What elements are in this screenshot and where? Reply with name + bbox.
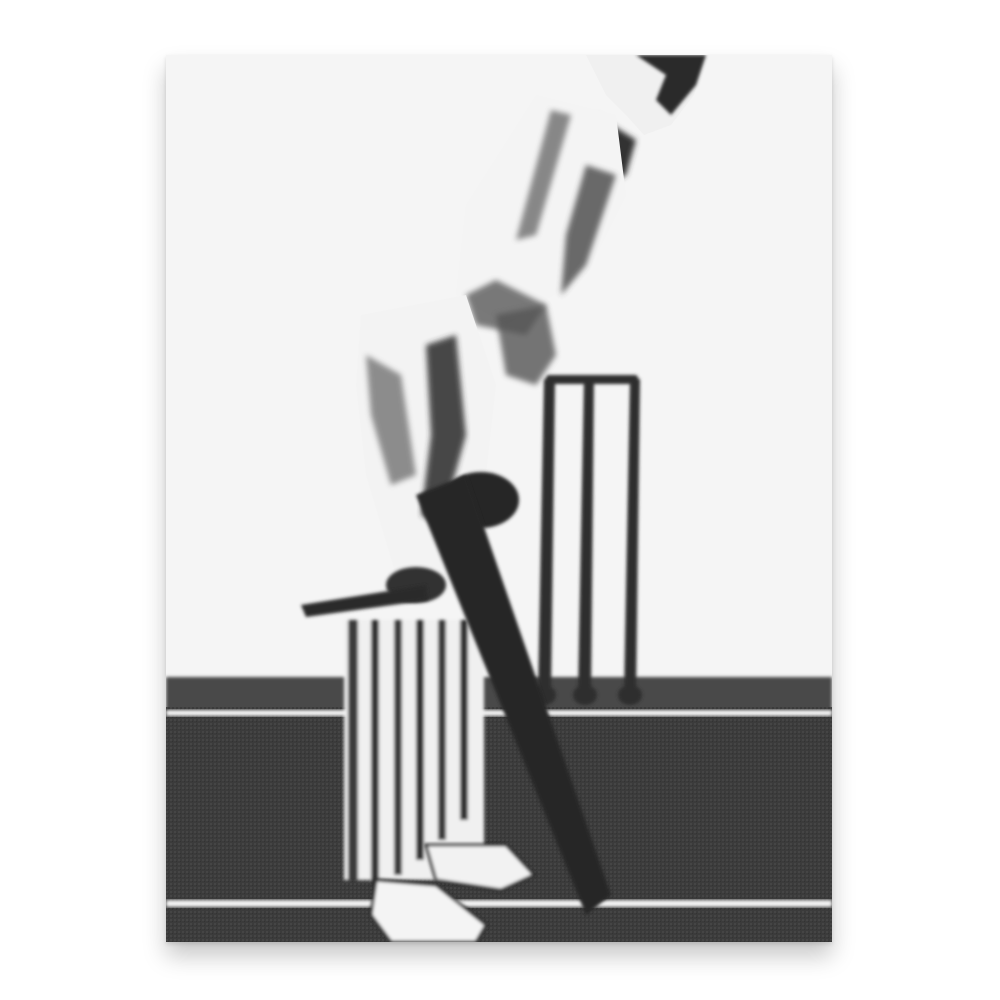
cricket-photo — [166, 55, 832, 942]
poster: vintage black-and-white photograph of a … — [166, 55, 832, 942]
crease-line-bottom — [166, 900, 832, 907]
crease-line-top — [166, 710, 832, 716]
